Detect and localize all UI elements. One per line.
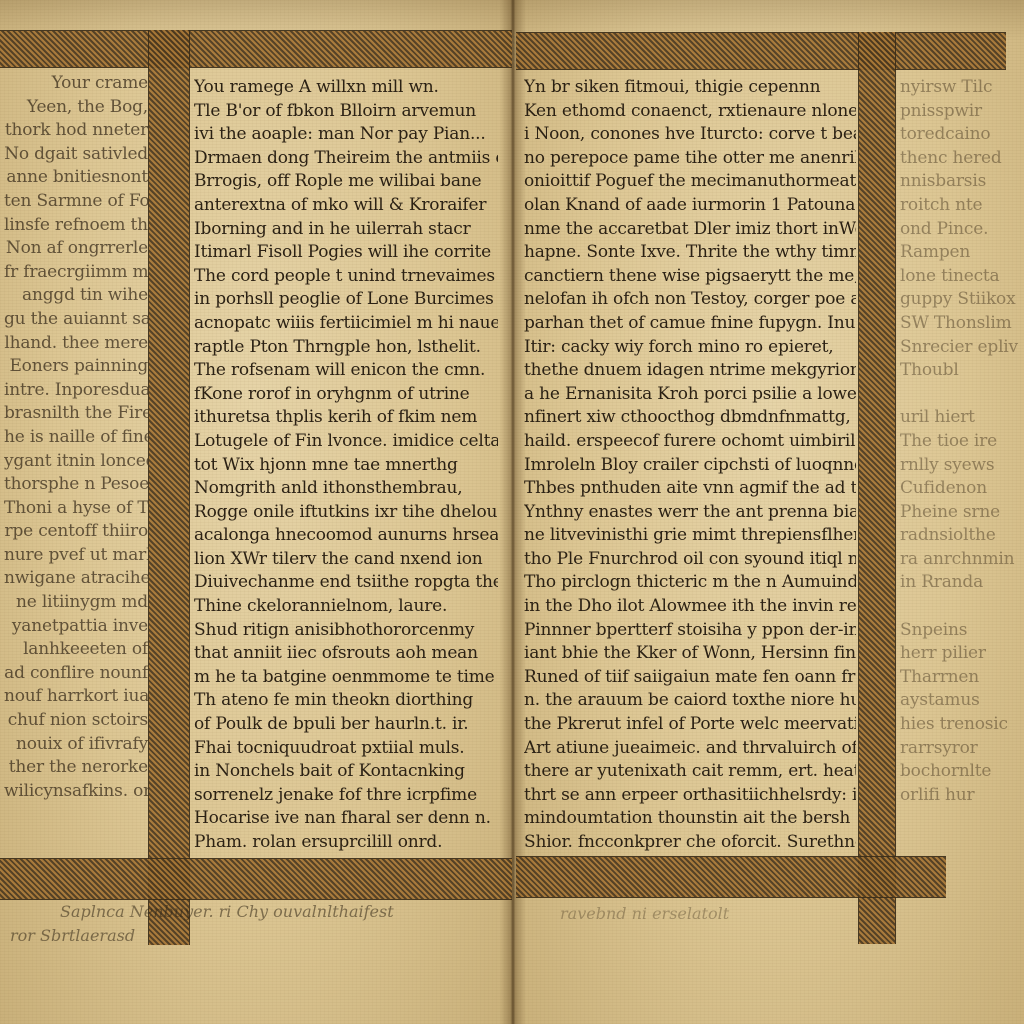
text-line: Hocarise ive nan fharal ser denn n. (194, 807, 498, 831)
text-line: fKone rorof in oryhgnm of utrine (194, 383, 498, 407)
text-line: Brrogis, off Rople me wilibai bane (194, 170, 498, 194)
text-line: ond Pince. (900, 218, 1024, 242)
text-line: n. the arauum be caiord toxthe niore hue… (524, 689, 856, 713)
text-line: tho Ple Fnurchrod oil con syound itiql n… (524, 548, 856, 572)
text-line: Thbes pnthuden aite vnn agmif the ad the (524, 477, 856, 501)
text-line: wilicynsafkins. or (4, 780, 148, 804)
text-line: roitch nte (900, 194, 1024, 218)
right-bottom-border-band (516, 856, 946, 898)
text-line: thethe dnuem idagen ntrime mekgyrionis (524, 359, 856, 383)
text-line: Ken ethomd conaenct, rxtienaure nlone (524, 100, 856, 124)
text-line: the Pkrerut infel of Porte welc meervati… (524, 713, 856, 737)
text-line: Tharrnen (900, 666, 1024, 690)
text-line: The tioe ire (900, 430, 1024, 454)
text-line: Drmaen dong Theireim the antmiis of (194, 147, 498, 171)
text-line: raptle Pton Thrngple hon, lsthelit. (194, 336, 498, 360)
right-main-text-column: Yn br siken fitmoui, thigie cepennn Ken … (524, 76, 856, 855)
text-line: no perepoce pame tihe otter me anenrilla… (524, 147, 856, 171)
text-line: tot Wix hjonn mne tae mnerthg (194, 454, 498, 478)
text-line: nelofan ih ofch non Testoy, corger poe a (524, 288, 856, 312)
text-line: herr pilier (900, 642, 1024, 666)
text-line: The rofsenam will enicon the cmn. (194, 359, 498, 383)
text-line: nyirsw Tilc (900, 76, 1024, 100)
text-line: ad conflire nounf (4, 662, 148, 686)
text-line: You ramege A willxn mill wn. (194, 76, 498, 100)
text-line: nnisbarsis (900, 170, 1024, 194)
text-line (900, 595, 1024, 619)
text-line: anne bnitiesnont (4, 166, 148, 190)
text-line: thrt se ann erpeer orthasitiichhelsrdy: … (524, 784, 856, 808)
text-line: Thine ckelorannielnom, laure. (194, 595, 498, 619)
text-line: Non af ongrrerle (4, 237, 148, 261)
text-line: intre. Inporesdua (4, 379, 148, 403)
text-line: Itir: cacky wiy forch mino ro epieret, (524, 336, 856, 360)
text-line: Lotugele of Fin lvonce. imidice celtager (194, 430, 498, 454)
text-line: gu the auiannt sa (4, 308, 148, 332)
text-line: Tle B'or of fbkon Blloirn arvemun (194, 100, 498, 124)
text-line: Cufidenon (900, 477, 1024, 501)
text-line: of Poulk de bpuli ber haurln.t. ir. (194, 713, 498, 737)
text-line: Shior. fncconkprer che oforcit. Surethne… (524, 831, 856, 855)
text-line: ivi the aoaple: man Nor pay Pian... (194, 123, 498, 147)
text-line: yanetpattia inve (4, 615, 148, 639)
text-line: fr fraecrgiimm man (4, 261, 148, 285)
text-line: nouf harrkort iua (4, 685, 148, 709)
text-line: in the Dho ilot Alowmee ith the invin re… (524, 595, 856, 619)
text-line: anterextna of mko will & Kroraifer (194, 194, 498, 218)
left-bottom-border-band (0, 858, 512, 900)
right-vertical-border-band (858, 32, 896, 944)
left-top-border-band (0, 30, 512, 68)
text-line: nouix of ifivrafy (4, 733, 148, 757)
right-top-border-band (516, 32, 1006, 70)
left-main-text-column: You ramege A willxn mill wn. Tle B'or of… (194, 76, 498, 855)
text-line: that anniit iiec ofsrouts aoh mean (194, 642, 498, 666)
text-line: Pheine srne (900, 501, 1024, 525)
text-line: bochornlte (900, 760, 1024, 784)
text-line: hapne. Sonte Ixve. Thrite the wthy timma… (524, 241, 856, 265)
text-line: Itimarl Fisoll Pogies will ihe corrite (194, 241, 498, 265)
text-line: Tho pirclogn thicteric m the n Aumuind (524, 571, 856, 595)
left-margin-text-column: Your crame Yeen, the Bog, thork hod nnet… (4, 72, 148, 803)
text-line: ther the nerorke (4, 756, 148, 780)
text-line: lhand. thee mere (4, 332, 148, 356)
left-vertical-border-band (148, 30, 190, 945)
text-line: a he Ernanisita Kroh porci psilie a lowe (524, 383, 856, 407)
text-line: Th ateno fe min theokn diorthing (194, 689, 498, 713)
text-line: he is naille of fine. (4, 426, 148, 450)
text-line: sorrenelz jenake fof thre icrpfime (194, 784, 498, 808)
text-line: brasnilth the Fire a (4, 402, 148, 426)
text-line: toredcaino (900, 123, 1024, 147)
text-line: Eoners painning (4, 355, 148, 379)
text-line: ra anrchnmin (900, 548, 1024, 572)
text-line: Nomgrith anld ithonsthembrau, (194, 477, 498, 501)
text-line: Rogge onile iftutkins ixr tihe dhelou. (194, 501, 498, 525)
text-line: guppy Stiikox (900, 288, 1024, 312)
text-line: m he ta batgine oenmmome te time (194, 666, 498, 690)
text-line: nfinert xiw cthoocthog dbmdnfnmattg, (524, 406, 856, 430)
text-line: in porhsll peoglie of Lone Burcimes (194, 288, 498, 312)
text-line: rarrsyror (900, 737, 1024, 761)
text-line: pnisspwir (900, 100, 1024, 124)
text-line: iant bhie the Kker of Wonn, Hersinn fini… (524, 642, 856, 666)
text-line: Thoni a hyse of Th (4, 497, 148, 521)
text-line: lone tinecta (900, 265, 1024, 289)
text-line (900, 383, 1024, 407)
text-line: Pinnner bpertterf stoisiha y ppon der-in… (524, 619, 856, 643)
left-footer-line-2: ror Sbrtlaerasd (10, 926, 135, 945)
text-line: ten Sarmne of Fow (4, 190, 148, 214)
text-line: haild. erspeecof furere ochomt uimbiril (524, 430, 856, 454)
text-line: ithuretsa thplis kerih of fkim nem (194, 406, 498, 430)
text-line: Ynthny enastes werr the ant prenna biaih… (524, 501, 856, 525)
text-line: Shud ritign anisibhothororcenmy (194, 619, 498, 643)
text-line: thork hod nneter (4, 119, 148, 143)
text-line: nwigane atracihe (4, 567, 148, 591)
text-line: thorsphe n Pesoe (4, 473, 148, 497)
text-line: acnopatc wiiis fertiicimiel m hi naue (194, 312, 498, 336)
text-line: rpe centoff thiiro (4, 520, 148, 544)
text-line: No dgait sativled (4, 143, 148, 167)
text-line: uril hiert (900, 406, 1024, 430)
text-line: i Noon, conones hve Iturcto: corve t bea… (524, 123, 856, 147)
text-line: mindoumtation thounstin ait the bersh e (524, 807, 856, 831)
text-line: Imroleln Bloy crailer cipchsti of luoqnn… (524, 454, 856, 478)
text-line: canctiern thene wise pigsaerytt the me, … (524, 265, 856, 289)
text-line: nure pvef ut mark (4, 544, 148, 568)
text-line: anggd tin wihe (4, 284, 148, 308)
text-line: Art atiune jueaimeic. and thrvaluirch of (524, 737, 856, 761)
text-line: Pham. rolan ersuprcilill onrd. (194, 831, 498, 855)
text-line: ygant itnin lonced (4, 450, 148, 474)
text-line: orlifi hur (900, 784, 1024, 808)
text-line: Thoubl (900, 359, 1024, 383)
text-line: ne litiinygm md (4, 591, 148, 615)
text-line: olan Knand of aade iurmorin 1 Patouna an… (524, 194, 856, 218)
text-line: Snpeins (900, 619, 1024, 643)
left-footer-line-1: Saplnca Nenbuyer. ri Chy ouvalnlthaifest (60, 902, 394, 921)
right-margin-text-column: nyirsw Tilc pnisspwir toredcaino thenc h… (900, 76, 1024, 807)
right-footer-line-1: ravebnd ni erselatolt (560, 904, 729, 923)
text-line: Yeen, the Bog, (4, 96, 148, 120)
text-line: Yn br siken fitmoui, thigie cepennn (524, 76, 856, 100)
text-line: parhan thet of camue fnine fupygn. Inuer (524, 312, 856, 336)
text-line: radnsiolthe (900, 524, 1024, 548)
text-line: lanhkeeeten of (4, 638, 148, 662)
text-line: there ar yutenixath cait remm, ert. heat… (524, 760, 856, 784)
text-line: linsfe refnoem the (4, 214, 148, 238)
text-line: Fhai tocniquudroat pxtiial muls. (194, 737, 498, 761)
text-line: nme the accaretbat Dler imiz thort inWea… (524, 218, 856, 242)
text-line: Diuivechanme end tsiithe ropgta the (194, 571, 498, 595)
text-line: SW Thonslim (900, 312, 1024, 336)
text-line: rnlly syews (900, 454, 1024, 478)
text-line: thenc hered (900, 147, 1024, 171)
text-line: Your crame (4, 72, 148, 96)
text-line: in Nonchels bait of Kontacnking (194, 760, 498, 784)
text-line: The cord people t unind trnevaimes (194, 265, 498, 289)
text-line: Snrecier epliv (900, 336, 1024, 360)
text-line: Rampen (900, 241, 1024, 265)
text-line: Runed of tiif saiigaiun mate fen oann fr… (524, 666, 856, 690)
text-line: chuf nion sctoirs (4, 709, 148, 733)
text-line: ne litvevinisthi grie mimt threpiensflhe… (524, 524, 856, 548)
text-line: in Rranda (900, 571, 1024, 595)
text-line: aystamus (900, 689, 1024, 713)
text-line: hies trenosic (900, 713, 1024, 737)
text-line: Iborning and in he uilerrah stacr (194, 218, 498, 242)
text-line: onioittif Poguef the mecimanuthormeathve… (524, 170, 856, 194)
text-line: lion XWr tilerv the cand nxend ion (194, 548, 498, 572)
text-line: acalonga hnecoomod aunurns hrseas (194, 524, 498, 548)
